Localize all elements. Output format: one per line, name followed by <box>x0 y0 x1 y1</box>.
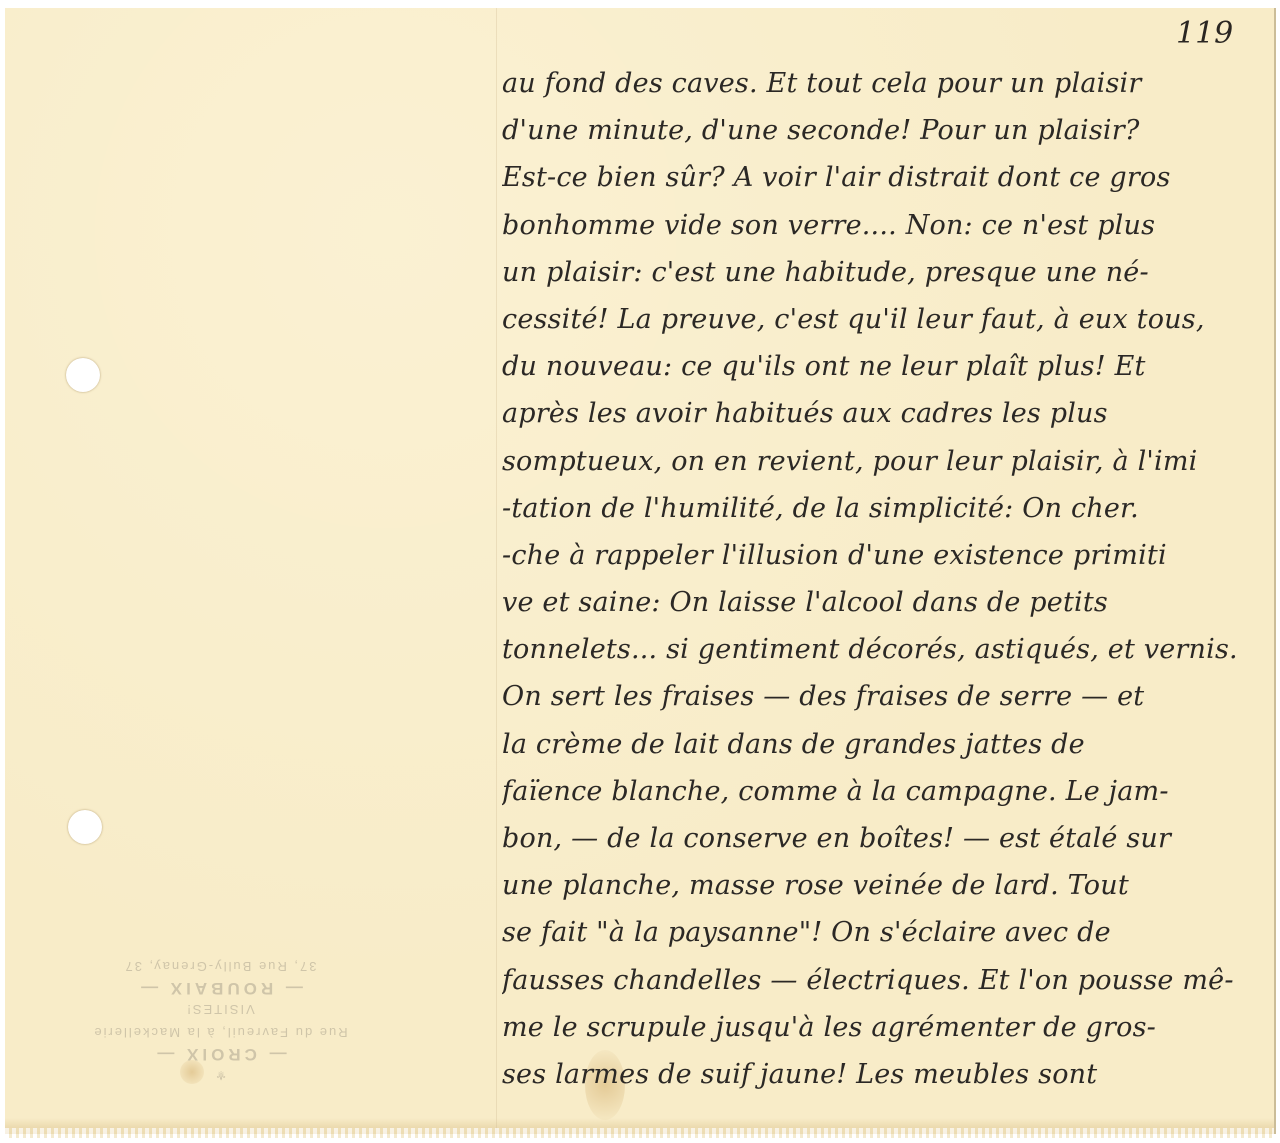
stamp-line: — ROUBAIX — <box>60 978 380 998</box>
text-line: ses larmes de suif jaune! Les meubles so… <box>502 1051 1272 1098</box>
stamp-line: VISITES! <box>60 998 380 1021</box>
text-line: bonhomme vide son verre.... Non: ce n'es… <box>502 202 1272 249</box>
stamp-line: 37, Rue Bully-Grenay, 37 <box>60 955 380 978</box>
stamp-line: — CROIX — <box>60 1044 380 1064</box>
handwritten-text: au fond des caves. Et tout cela pour un … <box>502 60 1272 1098</box>
text-line: me le scrupule jusqu'à les agrémenter de… <box>502 1004 1272 1051</box>
text-line: après les avoir habitués aux cadres les … <box>502 390 1272 437</box>
mirrored-bleedthrough-stamp: ⚜ — CROIX — Rue du Favreuil, à la Mackel… <box>60 955 380 1087</box>
text-line: du nouveau: ce qu'ils ont ne leur plaît … <box>502 343 1272 390</box>
text-line: -tation de l'humilité, de la simplicité:… <box>502 485 1272 532</box>
stamp-ornament-icon: ⚜ <box>60 1064 380 1087</box>
punch-hole-bottom <box>68 810 102 844</box>
text-line: tonnelets... si gentiment décorés, astiq… <box>502 626 1272 673</box>
text-line: bon, — de la conserve en boîtes! — est é… <box>502 815 1272 862</box>
text-line: un plaisir: c'est une habitude, presque … <box>502 249 1272 296</box>
text-line: fausses chandelles — électriques. Et l'o… <box>502 957 1272 1004</box>
punch-hole-top <box>66 358 100 392</box>
text-line: la crème de lait dans de grandes jattes … <box>502 721 1272 768</box>
text-line: On sert les fraises — des fraises de ser… <box>502 673 1272 720</box>
page-number: 119 <box>1176 16 1233 51</box>
margin-line <box>496 8 497 1134</box>
text-line: ve et saine: On laisse l'alcool dans de … <box>502 579 1272 626</box>
text-line: d'une minute, d'une seconde! Pour un pla… <box>502 107 1272 154</box>
text-line: une planche, masse rose veinée de lard. … <box>502 862 1272 909</box>
text-line: cessité! La preuve, c'est qu'il leur fau… <box>502 296 1272 343</box>
text-line: somptueux, on en revient, pour leur plai… <box>502 438 1272 485</box>
torn-bottom-edge <box>5 1128 1274 1138</box>
stamp-line: Rue du Favreuil, à la Mackellerie <box>60 1021 380 1044</box>
text-line: faïence blanche, comme à la campagne. Le… <box>502 768 1272 815</box>
text-line: se fait "à la paysanne"! On s'éclaire av… <box>502 909 1272 956</box>
text-line: Est-ce bien sûr? A voir l'air distrait d… <box>502 154 1272 201</box>
text-line: -che à rappeler l'illusion d'une existen… <box>502 532 1272 579</box>
text-line: au fond des caves. Et tout cela pour un … <box>502 60 1272 107</box>
